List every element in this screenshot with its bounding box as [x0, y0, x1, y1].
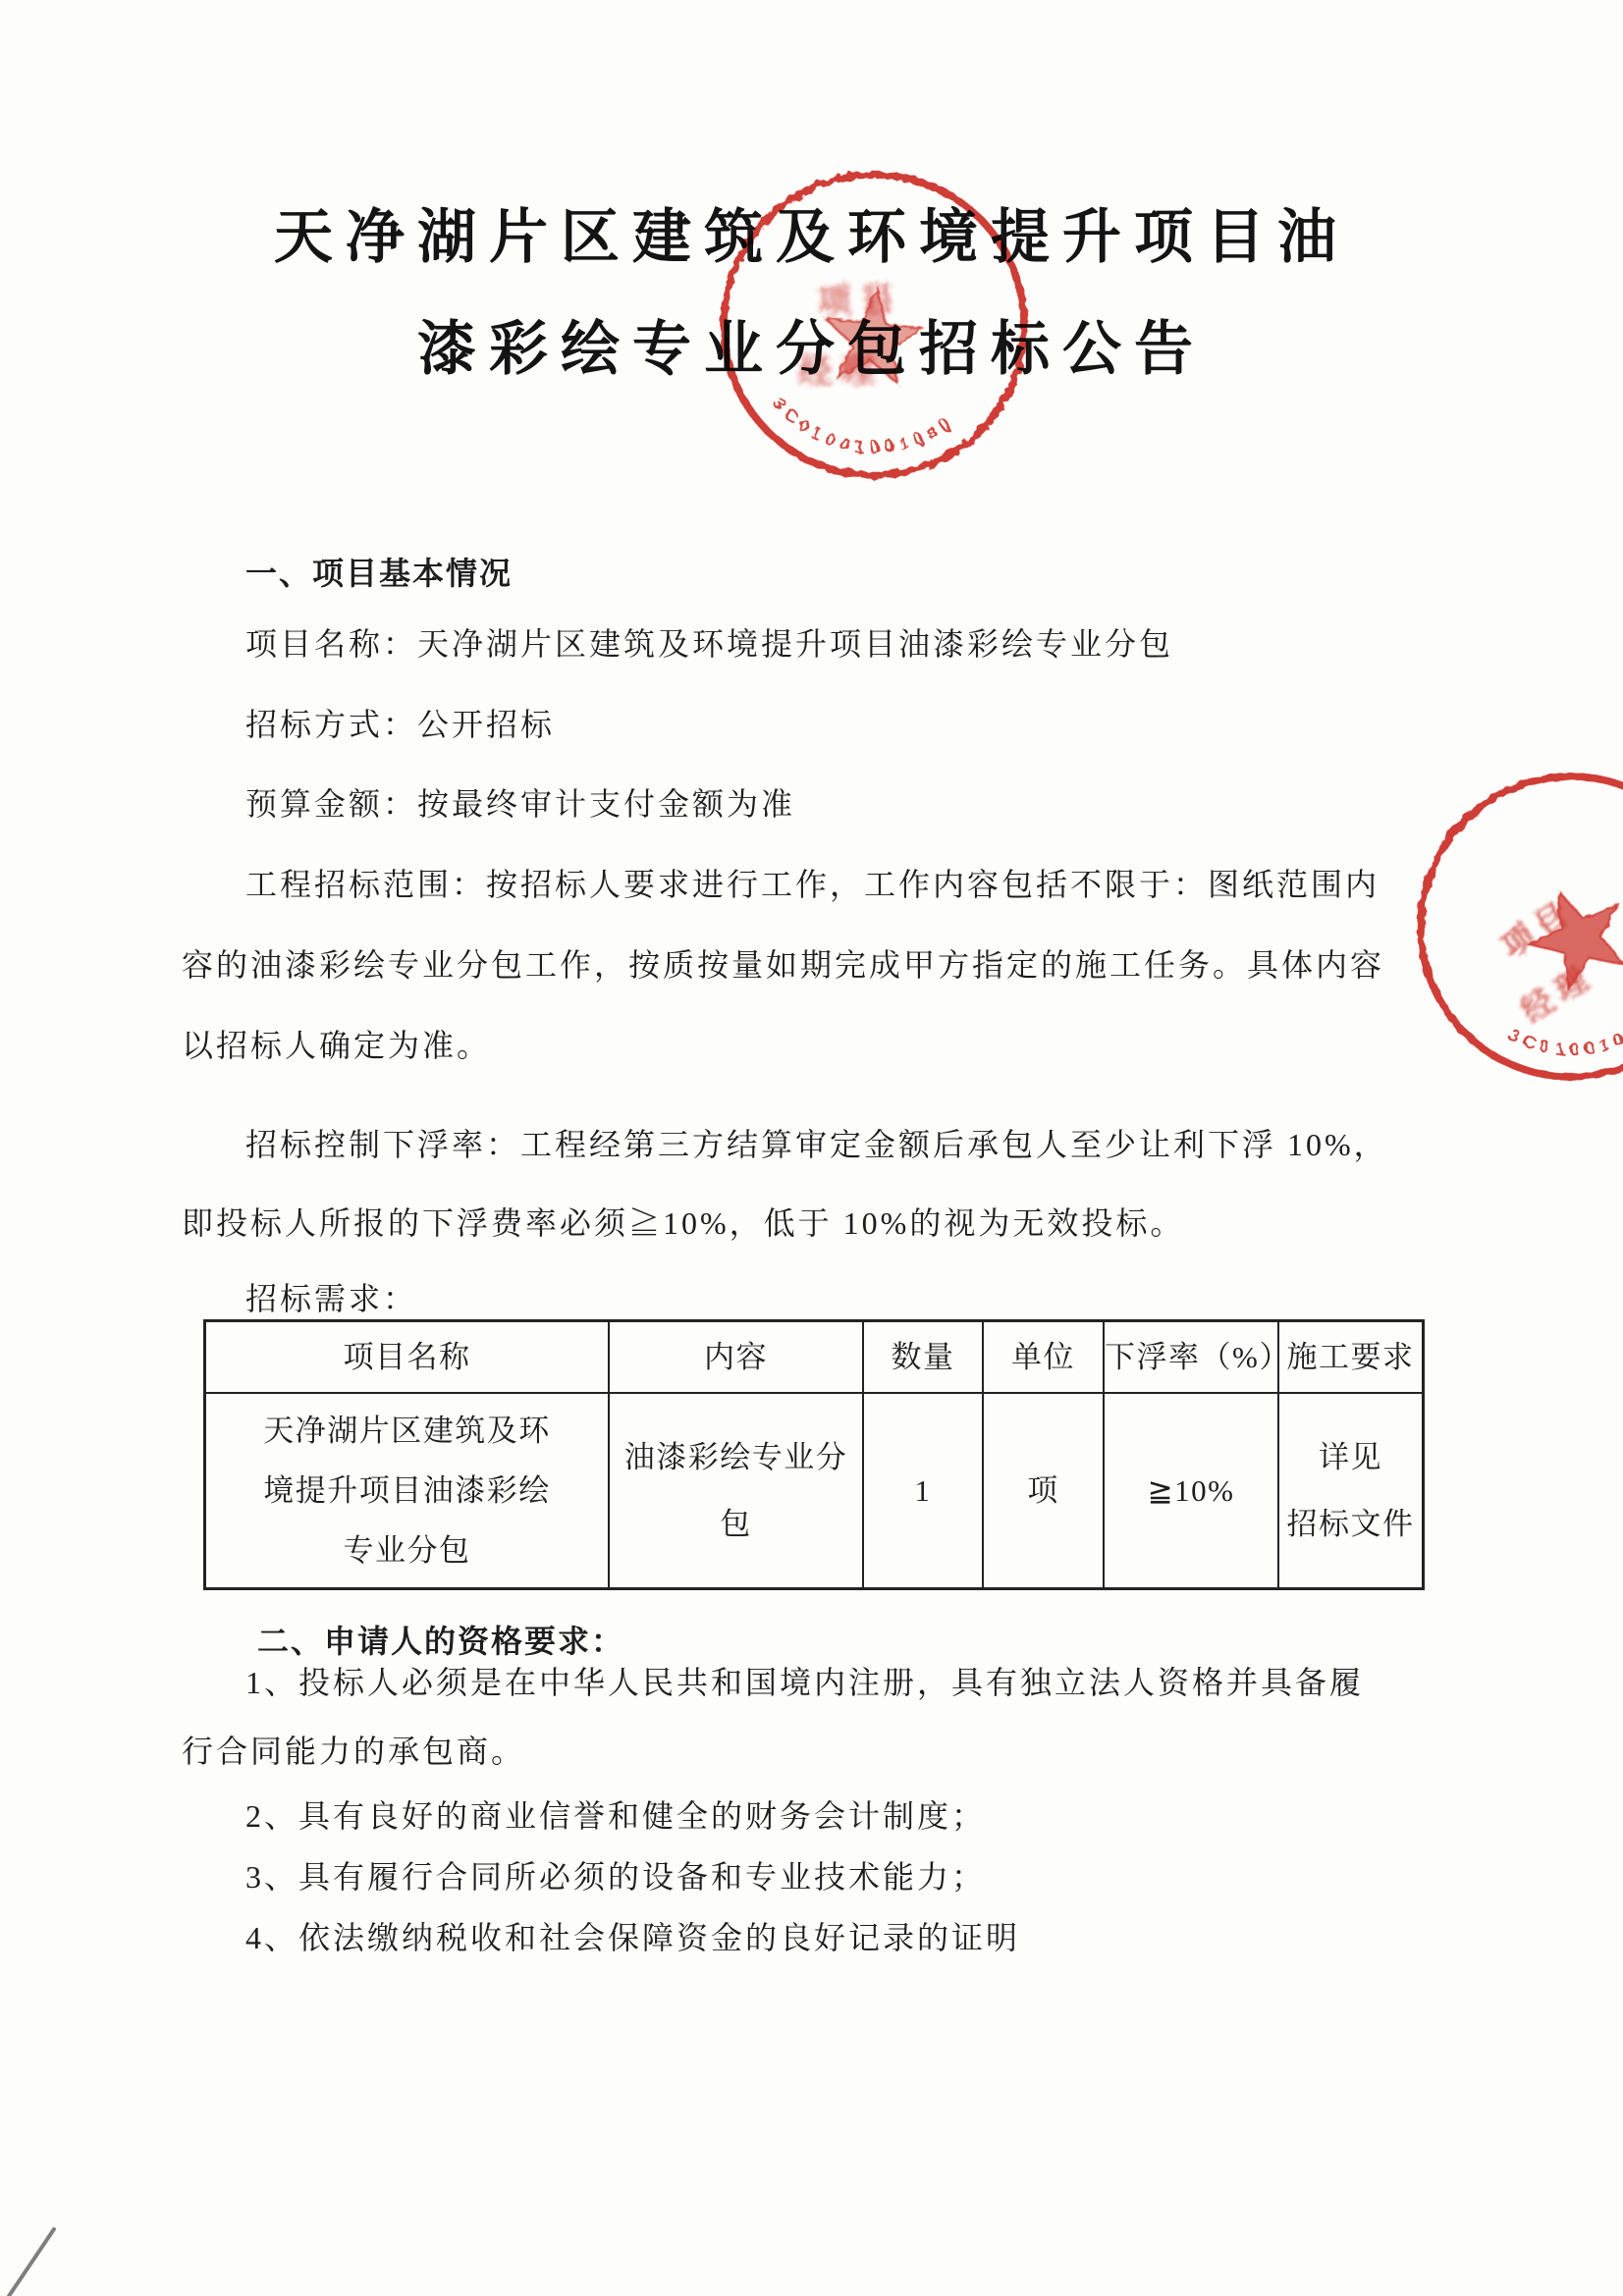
cell-content-line: 包: [720, 1491, 752, 1558]
seal-center-fragment: 项目: [1495, 891, 1580, 965]
official-seal-right: 项目 经理 3C0100100: [1355, 711, 1623, 1144]
tender-requirements-table: 项目名称 内容 数量 单位 下浮率（%） 施工要求 天净湖片区建筑及环 境提升项…: [203, 1319, 1425, 1590]
document-title-line-1: 天净湖片区建筑及环境提升项目油: [0, 190, 1623, 275]
requirement-item-1-line-1: 1、投标人必须是在中华人民共和国境内注册，具有独立法人资格并具备履: [245, 1663, 1364, 1702]
requirement-item-1-line-2: 行合同能力的承包商。: [182, 1732, 525, 1771]
document-page: 天净湖片区建筑及环境提升项目油 漆彩绘专业分包招标公告 一、项目基本情况 项目名…: [0, 0, 1623, 2296]
scope-line-3: 以招标人确定为准。: [182, 1026, 491, 1065]
seal-serial-number: 3C01001001080: [765, 392, 961, 466]
requirement-item-4: 4、依法缴纳税收和社会保障资金的良好记录的证明: [245, 1918, 1020, 1957]
scope-line-2: 容的油漆彩绘专业分包工作，按质按量如期完成甲方指定的施工任务。具体内容: [182, 945, 1384, 985]
column-header-content: 内容: [610, 1322, 864, 1394]
seal-center-fragment: 经理: [1515, 957, 1600, 1029]
column-header-unit: 单位: [984, 1322, 1105, 1394]
budget-line: 预算金额：按最终审计支付金额为准: [245, 784, 795, 824]
section-2-heading: 二、申请人的资格要求：: [257, 1622, 624, 1661]
cell-quantity: 1: [864, 1394, 984, 1587]
seal-ring: [1373, 728, 1623, 1125]
cell-project-name: 天净湖片区建筑及环 境提升项目油漆彩绘 专业分包: [206, 1394, 610, 1587]
column-header-quantity: 数量: [864, 1322, 984, 1394]
section-1-heading: 一、项目基本情况: [245, 554, 513, 593]
requirement-item-2: 2、具有良好的商业信誉和健全的财务会计制度；: [245, 1796, 986, 1836]
cell-unit: 项: [984, 1394, 1105, 1587]
requirement-item-3: 3、具有履行合同所必须的设备和专业技术能力；: [245, 1857, 986, 1896]
cell-discount-rate: ≧10%: [1105, 1394, 1279, 1587]
tender-demand-label: 招标需求：: [245, 1279, 417, 1318]
project-name-line: 项目名称：天净湖片区建筑及环境提升项目油漆彩绘专业分包: [245, 624, 1173, 664]
column-header-project-name: 项目名称: [206, 1322, 610, 1394]
svg-text:3C01001001080: 3C01001001080: [765, 392, 961, 466]
discount-control-line-1: 招标控制下浮率：工程经第三方结算审定金额后承包人至少让利下浮 10%，: [245, 1125, 1388, 1164]
cell-construction-req-line: 招标文件: [1287, 1491, 1415, 1558]
cell-construction-req: 详见 招标文件: [1279, 1394, 1422, 1587]
cell-project-name-line: 境提升项目油漆彩绘: [263, 1461, 551, 1521]
cell-content-line: 油漆彩绘专业分: [624, 1424, 848, 1491]
scan-artifact: [6, 2226, 56, 2296]
discount-control-line-2: 即投标人所报的下浮费率必须≧10%，低于 10%的视为无效投标。: [182, 1203, 1184, 1243]
cell-project-name-line: 专业分包: [344, 1521, 471, 1580]
tender-method-line: 招标方式：公开招标: [245, 705, 555, 744]
document-title-line-2: 漆彩绘专业分包招标公告: [0, 302, 1623, 387]
cell-construction-req-line: 详见: [1319, 1424, 1382, 1491]
star-icon: [1514, 873, 1623, 996]
column-header-construction-req: 施工要求: [1279, 1322, 1422, 1394]
svg-text:3C0100100: 3C0100100: [1500, 978, 1623, 1092]
cell-project-name-line: 天净湖片区建筑及环: [263, 1401, 551, 1461]
seal-serial-number: 3C0100100: [1500, 978, 1623, 1092]
scope-line-1: 工程招标范围：按招标人要求进行工作，工作内容包括不限于：图纸范围内: [245, 865, 1380, 904]
column-header-discount-rate: 下浮率（%）: [1105, 1322, 1279, 1394]
cell-content: 油漆彩绘专业分 包: [610, 1394, 864, 1587]
